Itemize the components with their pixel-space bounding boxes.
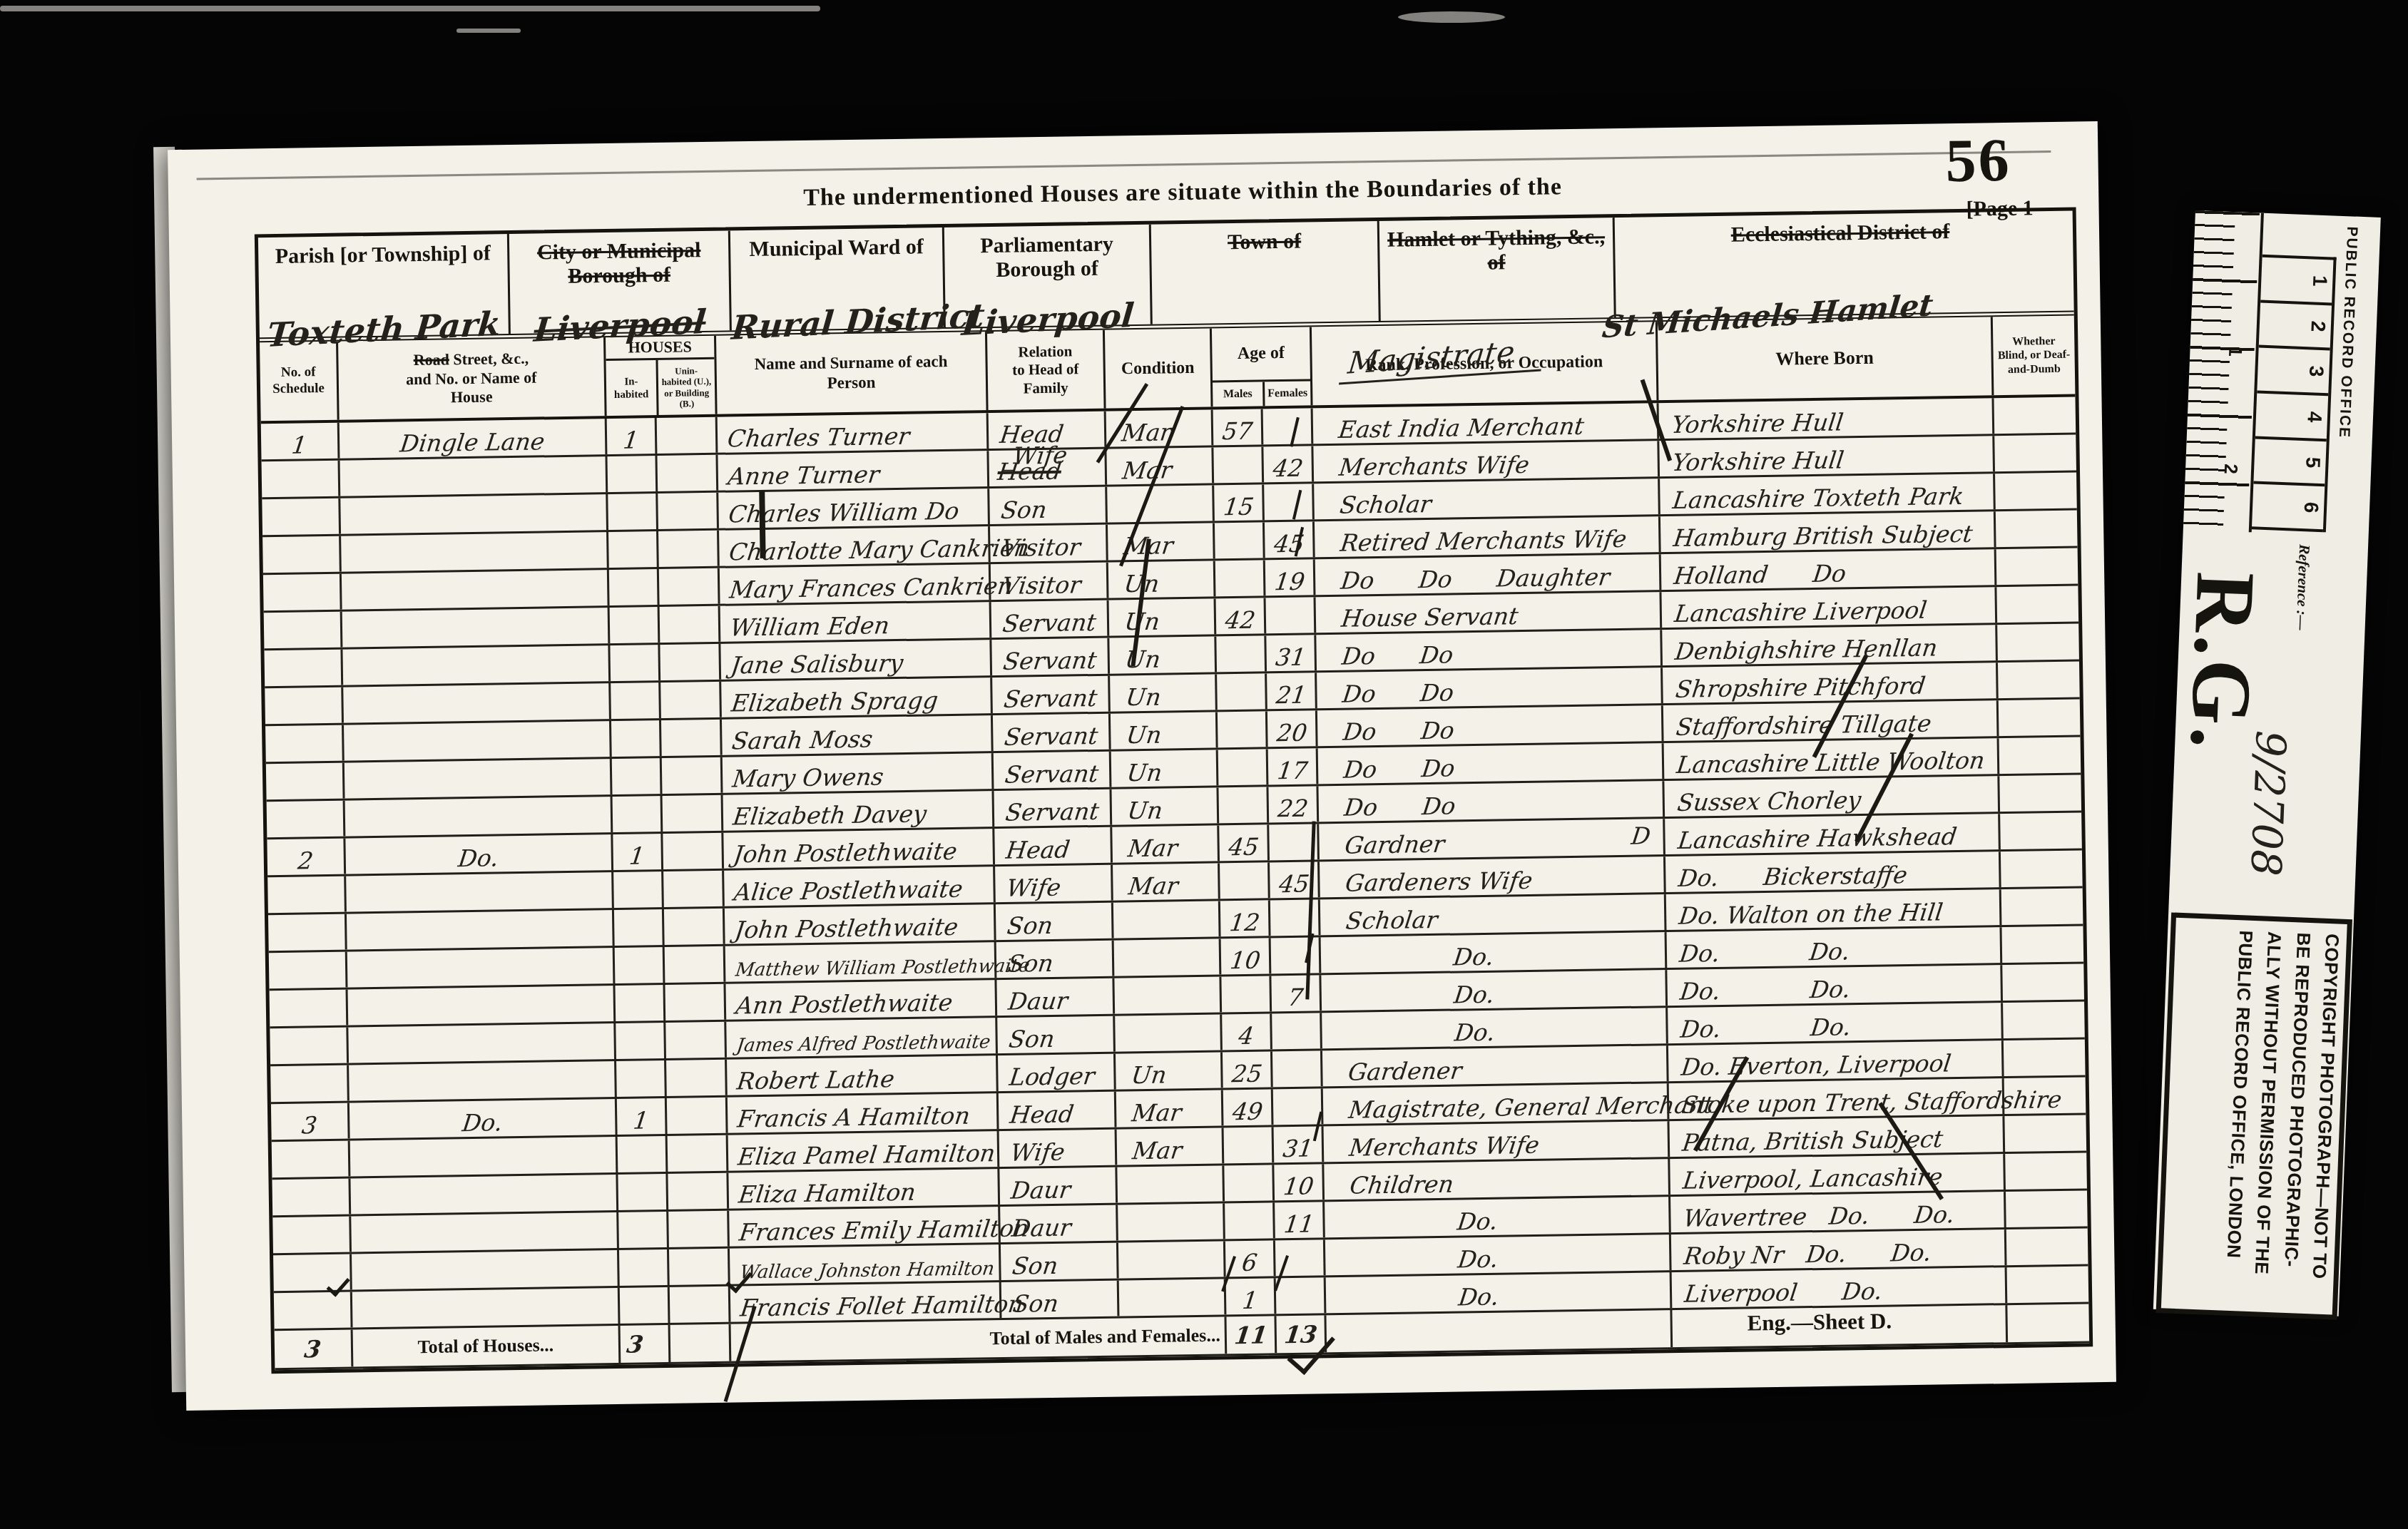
- cell-born: Yorkshire Hull: [1659, 398, 1995, 439]
- cell-f: 31: [1266, 635, 1317, 671]
- cell-rel: Lodger: [998, 1054, 1116, 1091]
- cell-cond: Mar: [1117, 1127, 1225, 1165]
- cell-inh: 1: [613, 834, 663, 870]
- cell-uninh: [663, 833, 724, 869]
- cell-road: [346, 872, 614, 912]
- cell-sch: [270, 1065, 350, 1103]
- cell-road: [352, 1250, 620, 1290]
- cell-road: [341, 532, 609, 572]
- cell-rel: Visitor: [991, 563, 1109, 600]
- cell-f: [1266, 597, 1317, 633]
- cell-sch: [268, 914, 347, 951]
- cell-cond: Mar: [1106, 409, 1214, 446]
- field-eccl-label: Ecclesiastical District of: [1731, 220, 1950, 247]
- cell-occ: Merchants Wife: [1313, 441, 1660, 481]
- cell-cond: [1119, 1279, 1227, 1316]
- cell-inh: [608, 494, 658, 530]
- cell-uninh: [661, 720, 723, 756]
- cell-blind: [2001, 926, 2083, 963]
- cell-inh: [615, 947, 665, 983]
- cell-blind: [1997, 623, 2079, 660]
- cell-inh: [616, 1023, 666, 1059]
- page-crease: [197, 150, 2051, 180]
- cell-occ: Do Do: [1318, 743, 1665, 784]
- cell-uninh: [668, 1173, 729, 1210]
- cell-m: 1: [1226, 1278, 1277, 1314]
- field-ecclesiastical: Ecclesiastical District of St Michaels H…: [1615, 211, 2067, 317]
- cell-born: Lancashire Little Woolton: [1664, 738, 2000, 779]
- cell-blind: [1996, 586, 2078, 623]
- cell-uninh: [665, 984, 726, 1021]
- cell-inh: [614, 909, 665, 946]
- cell-name: Francis Follet Hamilton: [730, 1282, 1002, 1322]
- cell-sch: 3: [271, 1103, 350, 1140]
- cell-rel: Daur: [1000, 1205, 1118, 1242]
- cell-sch: [262, 536, 342, 573]
- cell-occ: Do.: [1321, 970, 1668, 1011]
- cell-occ: GardnerD: [1319, 819, 1665, 859]
- pro-office-text: PUBLIC RECORD OFFICE: [2335, 226, 2360, 439]
- cell-m: 10: [1221, 938, 1272, 974]
- reference-label: Reference :—: [2292, 544, 2314, 631]
- cell-totals-houses-value: 3: [621, 1325, 671, 1363]
- cell-f: 17: [1268, 748, 1319, 784]
- cell-born: Holland Do: [1661, 549, 1997, 590]
- cell-blind: [1999, 699, 2081, 736]
- cell-rel: Son: [989, 487, 1108, 524]
- col-uninhabited: Unin-habited (U.), or Building (B.): [658, 359, 715, 415]
- cell-uninh: [665, 1022, 727, 1058]
- cell-cond: [1113, 901, 1221, 938]
- cell-cond: [1118, 1203, 1225, 1240]
- pen-stroke: [759, 491, 765, 558]
- ruler-inch-box: 3: [2257, 348, 2330, 396]
- field-parish-label: Parish [or Township] of: [275, 241, 491, 267]
- cell-cond: [1115, 1014, 1223, 1051]
- cell-blind: [2006, 1190, 2088, 1227]
- cell-name: Mary Owens: [723, 753, 994, 793]
- cell-f: 20: [1267, 710, 1318, 747]
- piece-number: 9/2708: [2241, 730, 2295, 877]
- cell-occ: Do.: [1322, 1008, 1668, 1048]
- situate-heading: The undermentioned Houses are situate wi…: [683, 172, 1682, 214]
- cell-m: [1218, 711, 1268, 747]
- cell-cond: Un: [1111, 750, 1219, 787]
- cell-name: Elizabeth Davey: [723, 791, 995, 831]
- scan-streak: [0, 6, 820, 11]
- cell-born: Hamburg British Subject: [1660, 511, 1996, 552]
- cell-name: Eliza Pamel Hamilton: [728, 1131, 1000, 1171]
- cell-blind: [1998, 661, 2080, 698]
- cell-cond: Mar: [1113, 863, 1220, 900]
- cell-rel: Son: [997, 1016, 1116, 1053]
- cell-sch: [266, 763, 345, 800]
- cell-born: Do. Walton on the Hill: [1666, 889, 2002, 930]
- cell-cond: [1118, 1241, 1226, 1278]
- cell-born: Shropshire Pitchford: [1663, 663, 1999, 703]
- cell-occ: Do.: [1325, 1234, 1672, 1275]
- cell-totals-males: 11: [1226, 1316, 1277, 1354]
- cell-f: [1273, 1088, 1324, 1125]
- cell-sch: [264, 650, 343, 687]
- cell-m: [1224, 1127, 1275, 1163]
- cell-occ: Do Do: [1317, 705, 1664, 746]
- cell-occ: Do Do Daughter: [1315, 554, 1662, 595]
- cell-name: Francis A Hamilton: [728, 1093, 999, 1133]
- cell-born: Do. Do.: [1667, 927, 2003, 968]
- cell-inh: [610, 645, 660, 681]
- col-females: Females: [1265, 381, 1310, 406]
- cell-inh: [612, 758, 663, 794]
- cell-cond: Mar: [1116, 1090, 1224, 1127]
- cell-born: Do. Do.: [1668, 1003, 2004, 1043]
- cell-occ: Do.: [1326, 1272, 1673, 1313]
- field-parl-label: Parliamentary Borough of: [980, 232, 1113, 282]
- field-town: Town of: [1151, 221, 1381, 324]
- field-parish: Parish [or Township] of Toxteth Park: [258, 234, 511, 337]
- cell-m: [1216, 635, 1267, 672]
- field-hamlet-label: Hamlet or Tything, &c., of: [1387, 225, 1605, 274]
- series-code: R.G.: [2170, 570, 2275, 753]
- cell-sch: [267, 801, 346, 838]
- cell-occ: Merchants Wife: [1324, 1121, 1670, 1162]
- cell-uninh: [665, 946, 726, 983]
- cell-born: Denbighshire Henllan: [1662, 625, 1998, 665]
- cell-inh: [616, 1060, 667, 1097]
- cell-m: [1215, 522, 1265, 558]
- cell-name: Wallace Johnston Hamilton: [730, 1244, 1001, 1284]
- cell-sch: 1: [261, 423, 340, 460]
- cell-cond: [1117, 1165, 1225, 1202]
- cell-road: [340, 494, 608, 534]
- cell-inh: [611, 720, 662, 757]
- cell-road: [348, 986, 616, 1026]
- cell-rel: Servant: [991, 638, 1110, 675]
- cell-rel: Servant: [993, 714, 1111, 751]
- cell-born: Liverpool, Lancashire: [1670, 1154, 2006, 1195]
- cell-totals-spacer: [670, 1324, 732, 1362]
- cell-m: [1213, 446, 1264, 483]
- cell-name: Eliza Hamilton: [728, 1169, 1000, 1209]
- cell-rel: Head: [999, 1092, 1117, 1129]
- cell-born: Do. Do.: [1667, 965, 2003, 1006]
- cell-inh: 1: [617, 1098, 668, 1135]
- cell-blind: [2002, 963, 2084, 1001]
- cell-uninh: [660, 682, 722, 718]
- cell-uninh: [662, 757, 723, 794]
- cell-m: 4: [1222, 1013, 1272, 1050]
- cell-sch: [265, 687, 344, 725]
- col-relation: Relationto Head ofFamily: [987, 330, 1106, 410]
- cell-blind: [2007, 1266, 2089, 1303]
- cell-road: [345, 797, 613, 837]
- cell-uninh: [663, 871, 725, 907]
- cell-f: [1272, 1050, 1323, 1087]
- ruler-inch-box: 2: [2259, 302, 2332, 350]
- cell-cond: Un: [1110, 674, 1218, 711]
- cell-occ: Do Do: [1318, 781, 1665, 822]
- cell-inh: [613, 796, 663, 832]
- cell-inh: [618, 1212, 669, 1248]
- cell-m: [1218, 749, 1269, 785]
- cell-uninh: [658, 493, 719, 529]
- cell-rel: Servant: [992, 676, 1111, 713]
- cell-blind: [2000, 812, 2082, 849]
- cell-occ: Scholar: [1320, 894, 1667, 935]
- cell-m: [1221, 976, 1272, 1012]
- cell-born: Lancashire Toxteth Park: [1660, 474, 1996, 514]
- cell-cond: Mar: [1112, 825, 1220, 862]
- cell-road: [352, 1288, 621, 1328]
- cell-name: John Postlethwaite: [723, 829, 995, 869]
- cell-road: [347, 910, 615, 950]
- cell-blind: [1996, 511, 2078, 548]
- cell-f: [1263, 408, 1314, 444]
- cell-road: [351, 1212, 619, 1252]
- ruler-cm-number: 1: [2224, 346, 2247, 357]
- cell-born: Liverpool Do.: [1672, 1267, 2008, 1308]
- cell-blind: [1994, 435, 2076, 472]
- cell-occ: Retired Merchants Wife: [1315, 516, 1661, 557]
- cell-occ: Do Do: [1317, 668, 1663, 708]
- cell-rel: Servant: [991, 600, 1110, 638]
- cell-road: [348, 1023, 616, 1063]
- cell-uninh: [659, 568, 720, 605]
- cell-name: Alice Postlethwaite: [724, 866, 996, 906]
- cell-sch: [262, 498, 341, 536]
- cell-rel: Wife: [999, 1130, 1118, 1167]
- cell-sch: [264, 612, 343, 649]
- col-age-label: Age of: [1237, 327, 1285, 380]
- cell-m: 45: [1219, 824, 1270, 861]
- cell-totals-blind: [2007, 1304, 2089, 1342]
- field-town-label: Town of: [1228, 230, 1302, 255]
- cell-totals-mf-label: Total of Males and Females...: [731, 1316, 1228, 1361]
- cell-name: Sarah Moss: [722, 715, 994, 755]
- cell-road: [342, 570, 610, 610]
- cell-blind: [1999, 774, 2081, 812]
- cell-rel: Servant: [994, 789, 1112, 827]
- cell-road: [350, 1137, 618, 1177]
- cell-occ: East India Merchant: [1313, 403, 1660, 444]
- col-age-group: Age of Males Females: [1212, 327, 1313, 406]
- ruler-inch-box: 5: [2253, 439, 2326, 486]
- cell-m: [1218, 787, 1269, 823]
- scan-streak: [1398, 11, 1505, 23]
- cell-f: 21: [1267, 673, 1317, 709]
- census-page: 56 The undermentioned Houses are situate…: [168, 121, 2116, 1411]
- cell-rel: Servant: [994, 752, 1112, 789]
- cell-uninh: [660, 606, 721, 643]
- cell-uninh: [668, 1135, 729, 1172]
- folio-number-stamp: 56: [1945, 124, 2011, 196]
- cell-m: [1215, 560, 1266, 596]
- cell-road: Do.: [345, 834, 613, 874]
- cell-f: [1270, 899, 1321, 936]
- ruler-inch-box: 6: [2252, 484, 2325, 532]
- cell-road: [342, 645, 611, 685]
- cell-cond: Un: [1116, 1052, 1223, 1089]
- cell-inh: [611, 682, 661, 719]
- cell-blind: [2003, 1001, 2085, 1038]
- cell-m: 49: [1223, 1089, 1274, 1125]
- ruler-cm-number: 2: [2220, 464, 2243, 475]
- cell-inh: [613, 871, 664, 908]
- cell-inh: [609, 569, 660, 605]
- cell-uninh: [664, 909, 725, 945]
- cell-f: 45: [1265, 521, 1315, 558]
- cell-born: Lancashire Hawkshead: [1665, 814, 2001, 854]
- cell-sch: 2: [267, 839, 346, 876]
- cell-sch: [263, 574, 342, 611]
- cell-occ: Do Do: [1316, 630, 1663, 670]
- cell-blind: [1995, 473, 2077, 510]
- cell-name: Jane Salisbury: [720, 640, 992, 680]
- col-males: Males: [1213, 382, 1265, 406]
- cell-occ: Gardener: [1322, 1045, 1669, 1086]
- cell-sch: [269, 952, 348, 989]
- cell-born: Do. Everton, Liverpool: [1668, 1040, 2004, 1081]
- cell-cond: Un: [1109, 598, 1217, 635]
- cell-cond: [1107, 485, 1215, 522]
- cell-road: [342, 608, 611, 648]
- cell-f: [1276, 1277, 1327, 1314]
- cell-occ: Do.: [1321, 932, 1668, 973]
- census-scan: { "page": {"number": "56", "page_label":…: [0, 0, 2408, 1529]
- cell-uninh: [667, 1098, 728, 1134]
- cell-born: Roby Nr Do. Do.: [1671, 1229, 2007, 1270]
- cell-name: Matthew William Postlethwaite: [725, 942, 997, 982]
- cell-inh: [607, 456, 658, 492]
- cell-sch: [270, 990, 349, 1027]
- cell-m: 25: [1223, 1051, 1273, 1088]
- census-table: Parish [or Township] of Toxteth Park Cit…: [255, 207, 2093, 1374]
- cell-occ: Scholar: [1314, 479, 1660, 519]
- cell-road: Do.: [350, 1099, 618, 1139]
- cell-inh: [610, 607, 660, 643]
- sheet-footer: Eng.—Sheet D.: [1747, 1308, 1892, 1336]
- cell-rel: Daur: [996, 978, 1115, 1016]
- cell-sch: [272, 1217, 352, 1254]
- cell-occ: Gardeners Wife: [1320, 856, 1666, 897]
- cell-rel: HeadWife: [989, 449, 1107, 486]
- cell-cond: [1114, 976, 1222, 1013]
- cell-name: John Postlethwaite: [725, 904, 996, 944]
- cell-born: Stoke upon Trent, Staffordshire: [1669, 1078, 2005, 1119]
- cell-f: 10: [1274, 1164, 1325, 1200]
- cell-road: [345, 759, 613, 799]
- cell-blind: [2001, 888, 2083, 925]
- cell-born: Wavertree Do. Do.: [1670, 1192, 2006, 1232]
- cell-totals-houses-label: Total of Houses...: [353, 1326, 621, 1367]
- ruler-inch-box: 4: [2255, 394, 2328, 441]
- cell-m: [1217, 673, 1267, 710]
- cell-road: [347, 948, 616, 988]
- field-parliamentary-borough: Parliamentary Borough of Liverpool: [944, 225, 1153, 327]
- cell-uninh: [660, 644, 721, 680]
- cell-uninh: [668, 1211, 730, 1247]
- cell-totals-schedule: 3: [275, 1330, 354, 1369]
- field-city-borough: City or Municipal Borough of Liverpool: [509, 230, 732, 334]
- cell-occ: Magistrate, General Merchant: [1323, 1083, 1670, 1124]
- cell-rel: Son: [996, 941, 1115, 978]
- cell-rel: Wife: [995, 865, 1113, 902]
- cell-inh: [618, 1174, 668, 1210]
- cell-name: Mary Frances Cankrien: [720, 564, 991, 604]
- cell-blind: [2006, 1228, 2088, 1265]
- col-houses-group: HOUSES In-habited Unin-habited (U.), or …: [606, 336, 718, 416]
- cell-m: [1224, 1165, 1275, 1201]
- cell-inh: [619, 1249, 670, 1286]
- cell-inh: [620, 1287, 670, 1324]
- cell-name: James Alfred Postlethwaite: [726, 1018, 998, 1058]
- cell-inh: [608, 531, 659, 568]
- cell-name: Frances Emily Hamilton: [729, 1207, 1001, 1247]
- cell-name: William Eden: [720, 602, 992, 642]
- cell-name: Charles Turner: [718, 413, 989, 453]
- cell-f: 7: [1271, 975, 1322, 1011]
- ruler: 1 2 123456 PUBLIC RECORD OFFICE: [2183, 210, 2381, 537]
- cell-inh: 1: [607, 418, 658, 454]
- cell-rel: Daur: [999, 1167, 1118, 1205]
- cell-uninh: [669, 1249, 730, 1285]
- cell-blind: [1999, 737, 2081, 774]
- cell-uninh: [658, 531, 720, 567]
- cell-cond: [1114, 939, 1222, 976]
- cell-occ: Children: [1324, 1159, 1670, 1200]
- cell-road: [344, 721, 612, 761]
- cell-rel: Son: [996, 903, 1114, 940]
- cell-road: [350, 1175, 618, 1214]
- field-city-label: City or Municipal Borough of: [537, 238, 701, 288]
- cell-sch: [272, 1141, 351, 1178]
- cell-sch: [262, 461, 341, 498]
- cell-road: Dingle Lane: [340, 419, 608, 459]
- cell-m: 42: [1216, 598, 1267, 634]
- cell-blind: [1996, 548, 2078, 585]
- cell-sch: [270, 1028, 349, 1065]
- cell-f: [1272, 1013, 1322, 1049]
- cell-f: 42: [1263, 446, 1314, 482]
- cell-sch: [267, 876, 347, 914]
- cell-blind: [2004, 1039, 2086, 1076]
- col-inhabited: In-habited: [606, 360, 658, 416]
- cell-inh: [615, 985, 665, 1021]
- cell-sch: [265, 725, 345, 762]
- field-ward-label: Municipal Ward of: [749, 235, 924, 261]
- cell-uninh: [657, 455, 718, 491]
- cell-inh: [618, 1136, 668, 1172]
- cell-cond: Un: [1109, 636, 1217, 673]
- cell-uninh: [663, 795, 724, 832]
- cell-m: 15: [1214, 484, 1265, 521]
- cell-m: 12: [1220, 900, 1271, 936]
- cell-m: [1225, 1202, 1275, 1239]
- cell-born: Yorkshire Hull: [1659, 436, 1995, 476]
- cell-sch: [274, 1292, 353, 1329]
- cell-uninh: [670, 1287, 731, 1323]
- cell-road: [349, 1061, 617, 1101]
- cell-road: [340, 456, 608, 496]
- col-blind: WhetherBlind, or Deaf-and-Dumb: [1993, 316, 2076, 396]
- cell-name: Robert Lathe: [727, 1055, 999, 1095]
- col-condition: Condition: [1105, 328, 1213, 408]
- cell-born: Do. Bickerstaffe: [1665, 852, 2001, 892]
- header-fields-row: Parish [or Township] of Toxteth Park Cit…: [258, 211, 2074, 343]
- cell-blind: [2001, 850, 2083, 887]
- scan-streak: [456, 29, 521, 33]
- cell-born: Sussex Chorley: [1664, 776, 2000, 817]
